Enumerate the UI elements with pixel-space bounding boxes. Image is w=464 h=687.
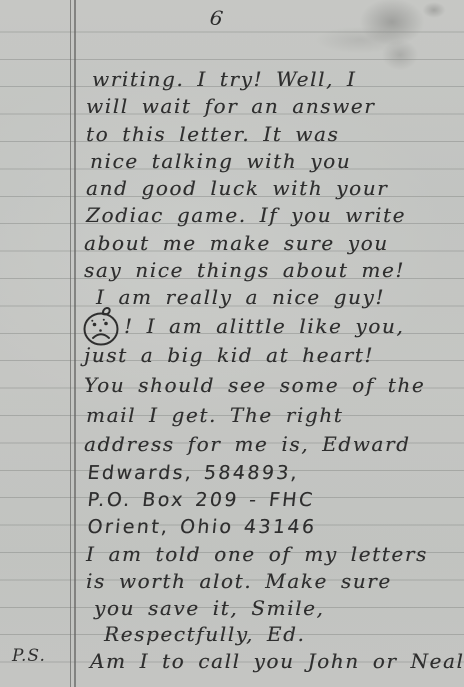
letter-body: writing. I try! Well, I will wait for an… — [86, 66, 458, 675]
letter-line: say nice things about me! — [84, 257, 458, 284]
letter-line: about me make sure you — [84, 230, 458, 257]
letter-line: you save it, Smile, — [94, 595, 458, 622]
letter-line: will wait for an answer — [86, 93, 458, 120]
letter-line: I am really a nice guy! — [96, 284, 458, 311]
letter-line: Zodiac game. If you write — [86, 202, 458, 229]
letter-line-address: Orient, Ohio 43146 — [86, 514, 461, 541]
letter-line-signature: Respectfully, Ed. — [104, 621, 458, 648]
letter-line: I am told one of my letters — [86, 541, 458, 568]
letter-line: and good luck with your — [86, 175, 458, 202]
margin-line — [74, 0, 76, 687]
letter-line-text: ! I am alittle like you, — [124, 314, 404, 338]
letter-line-address: P.O. Box 209 - FHC — [86, 487, 461, 514]
letter-line: mail I get. The right — [86, 401, 458, 431]
letter-line: ! I am alittle like you, — [84, 312, 458, 342]
letter-line: nice talking with you — [90, 148, 458, 175]
page-number: 6 — [209, 7, 224, 29]
letter-page: 6 writing. I try! Well, I will wait for … — [0, 0, 464, 687]
letter-line-address: Edwards, 584893, — [86, 460, 461, 487]
letter-line: address for me is, Edward — [84, 430, 458, 460]
margin-line — [70, 0, 71, 687]
letter-line: just a big kid at heart! — [84, 341, 458, 371]
letter-line-postscript: Am I to call you John or Neal? — [90, 648, 458, 675]
letter-line: writing. I try! Well, I — [92, 66, 458, 93]
letter-line: to this letter. It was — [86, 121, 458, 148]
postscript-label: P.S. — [12, 648, 46, 665]
letter-line: You should see some of the — [84, 371, 458, 401]
letter-line: is worth alot. Make sure — [86, 568, 458, 595]
